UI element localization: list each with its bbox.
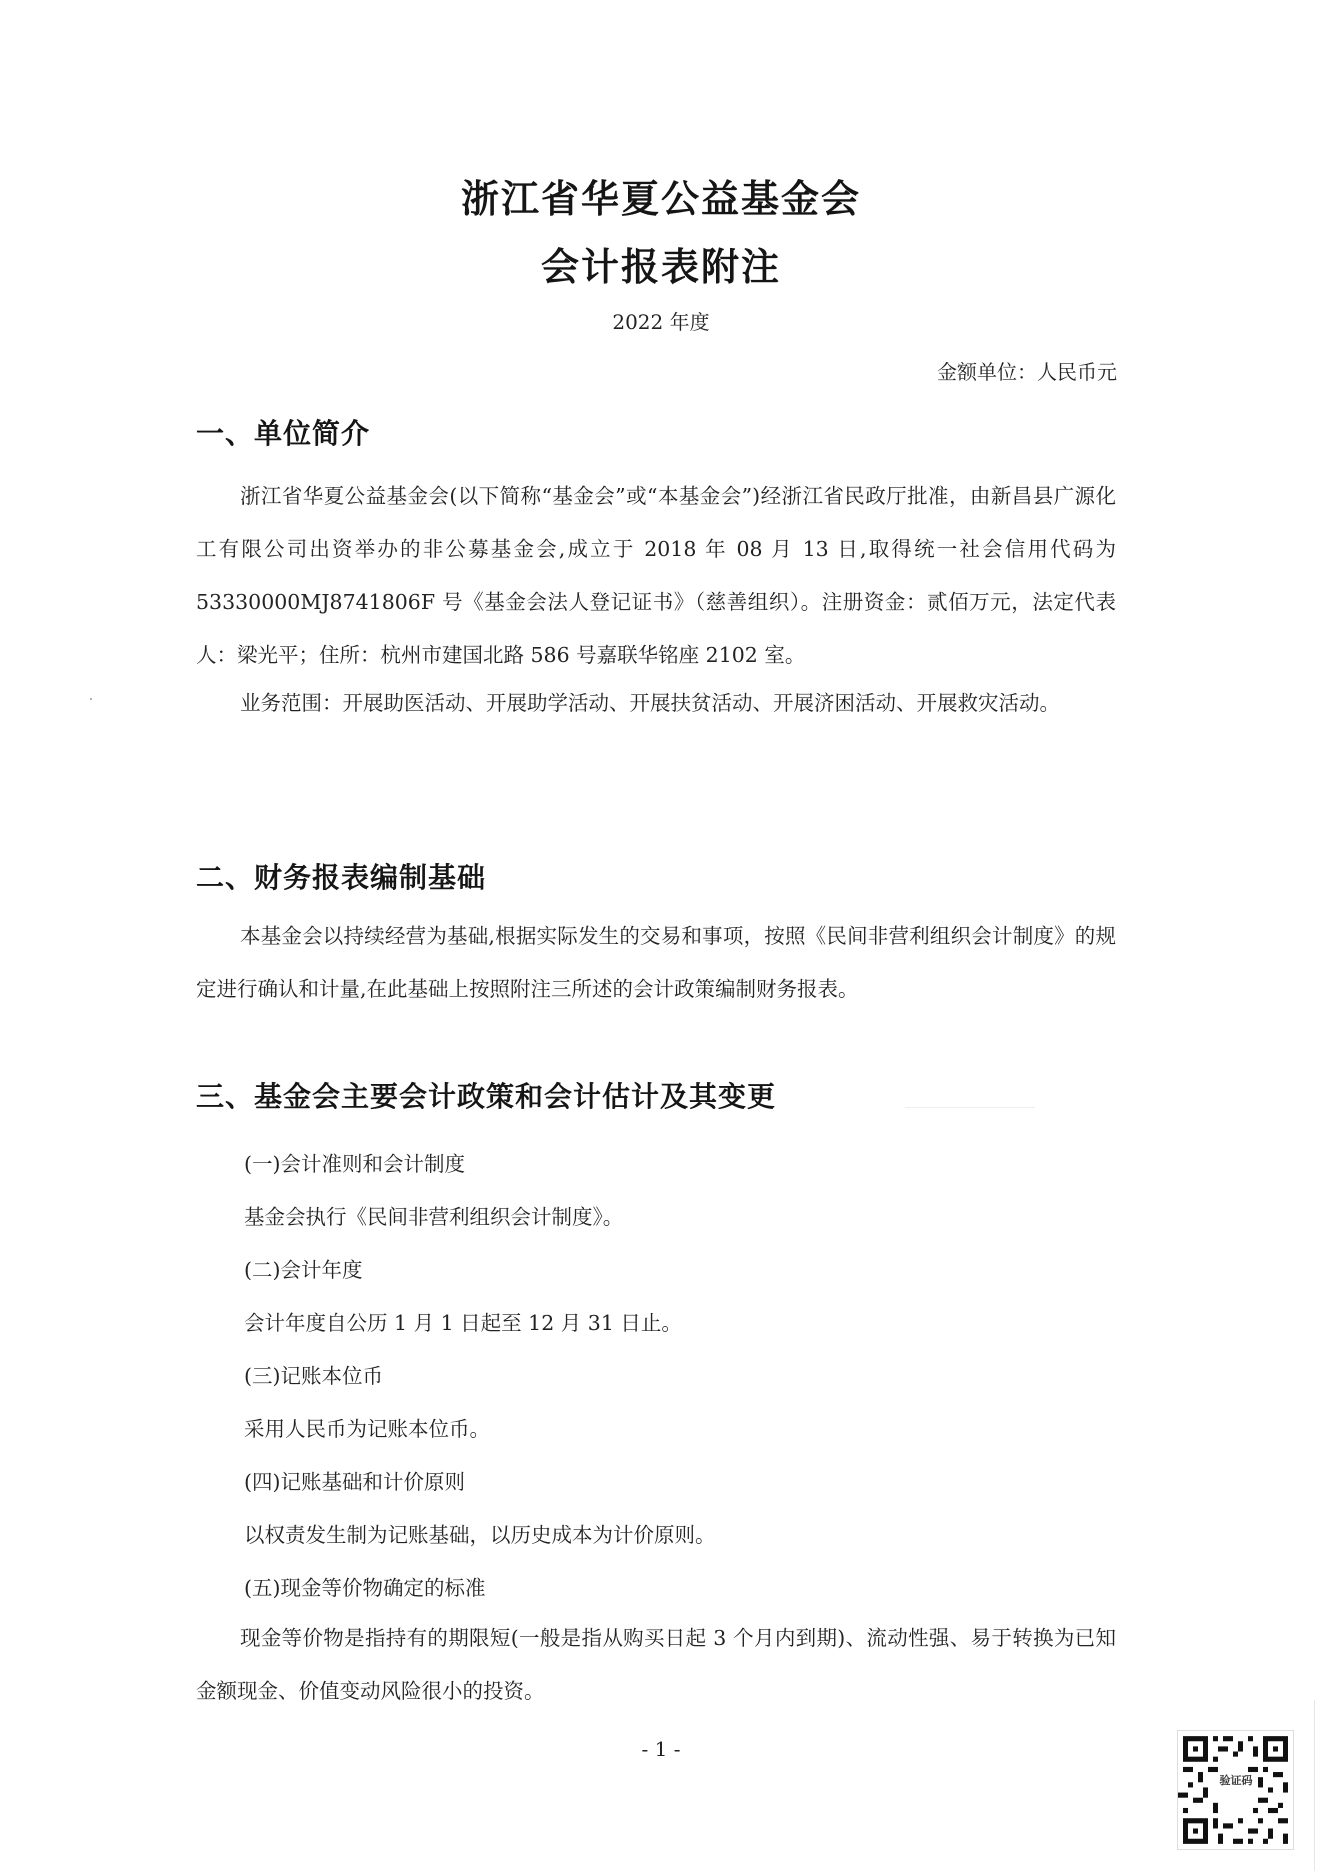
section-heading-1: 一、单位简介 bbox=[196, 412, 370, 452]
subheading-2: (二)会计年度 bbox=[244, 1253, 363, 1283]
section-2-paragraph-1: 本基金会以持续经营为基础,根据实际发生的交易和事项，按照《民间非营利组织会计制度… bbox=[196, 910, 1116, 1016]
subheading-1-text: 基金会执行《民间非营利组织会计制度》。 bbox=[244, 1200, 623, 1230]
subheading-1: (一)会计准则和会计制度 bbox=[244, 1147, 465, 1177]
qr-pattern-icon bbox=[1178, 1731, 1293, 1849]
section-heading-2: 二、财务报表编制基础 bbox=[196, 856, 486, 896]
document-subtitle: 会计报表附注 bbox=[0, 236, 1322, 291]
qr-code-icon: 验证码 bbox=[1177, 1730, 1294, 1850]
section-1-paragraph-2: 业务范围：开展助医活动、开展助学活动、开展扶贫活动、开展济困活动、开展救灾活动。 bbox=[196, 677, 1116, 730]
report-year: 2022 年度 bbox=[0, 306, 1322, 335]
subheading-5: (五)现金等价物确定的标准 bbox=[244, 1571, 486, 1601]
subheading-3-text: 采用人民币为记账本位币。 bbox=[244, 1412, 490, 1442]
subheading-4: (四)记账基础和计价原则 bbox=[244, 1465, 465, 1495]
subheading-4-text: 以权责发生制为记账基础，以历史成本为计价原则。 bbox=[244, 1518, 716, 1548]
scan-mark bbox=[905, 1107, 1035, 1108]
page-number: - 1 - bbox=[0, 1737, 1322, 1761]
subheading-3: (三)记账本位币 bbox=[244, 1359, 383, 1389]
section-heading-3: 三、基金会主要会计政策和会计估计及其变更 bbox=[196, 1075, 776, 1115]
subheading-2-text: 会计年度自公历 1 月 1 日起至 12 月 31 日止。 bbox=[244, 1306, 682, 1336]
scan-edge-line bbox=[1314, 1700, 1315, 1871]
subheading-5-text: 现金等价物是指持有的期限短(一般是指从购买日起 3 个月内到期)、流动性强、易于… bbox=[196, 1612, 1116, 1718]
section-1-paragraph-1: 浙江省华夏公益基金会(以下简称“基金会”或“本基金会”)经浙江省民政厅批准，由新… bbox=[196, 470, 1116, 682]
scan-dot bbox=[90, 698, 92, 700]
qr-label: 验证码 bbox=[1216, 1773, 1256, 1788]
amount-unit: 金额单位：人民币元 bbox=[937, 356, 1117, 385]
document-title: 浙江省华夏公益基金会 bbox=[0, 168, 1322, 223]
document-page: 浙江省华夏公益基金会 会计报表附注 2022 年度 金额单位：人民币元 一、单位… bbox=[0, 0, 1322, 1871]
